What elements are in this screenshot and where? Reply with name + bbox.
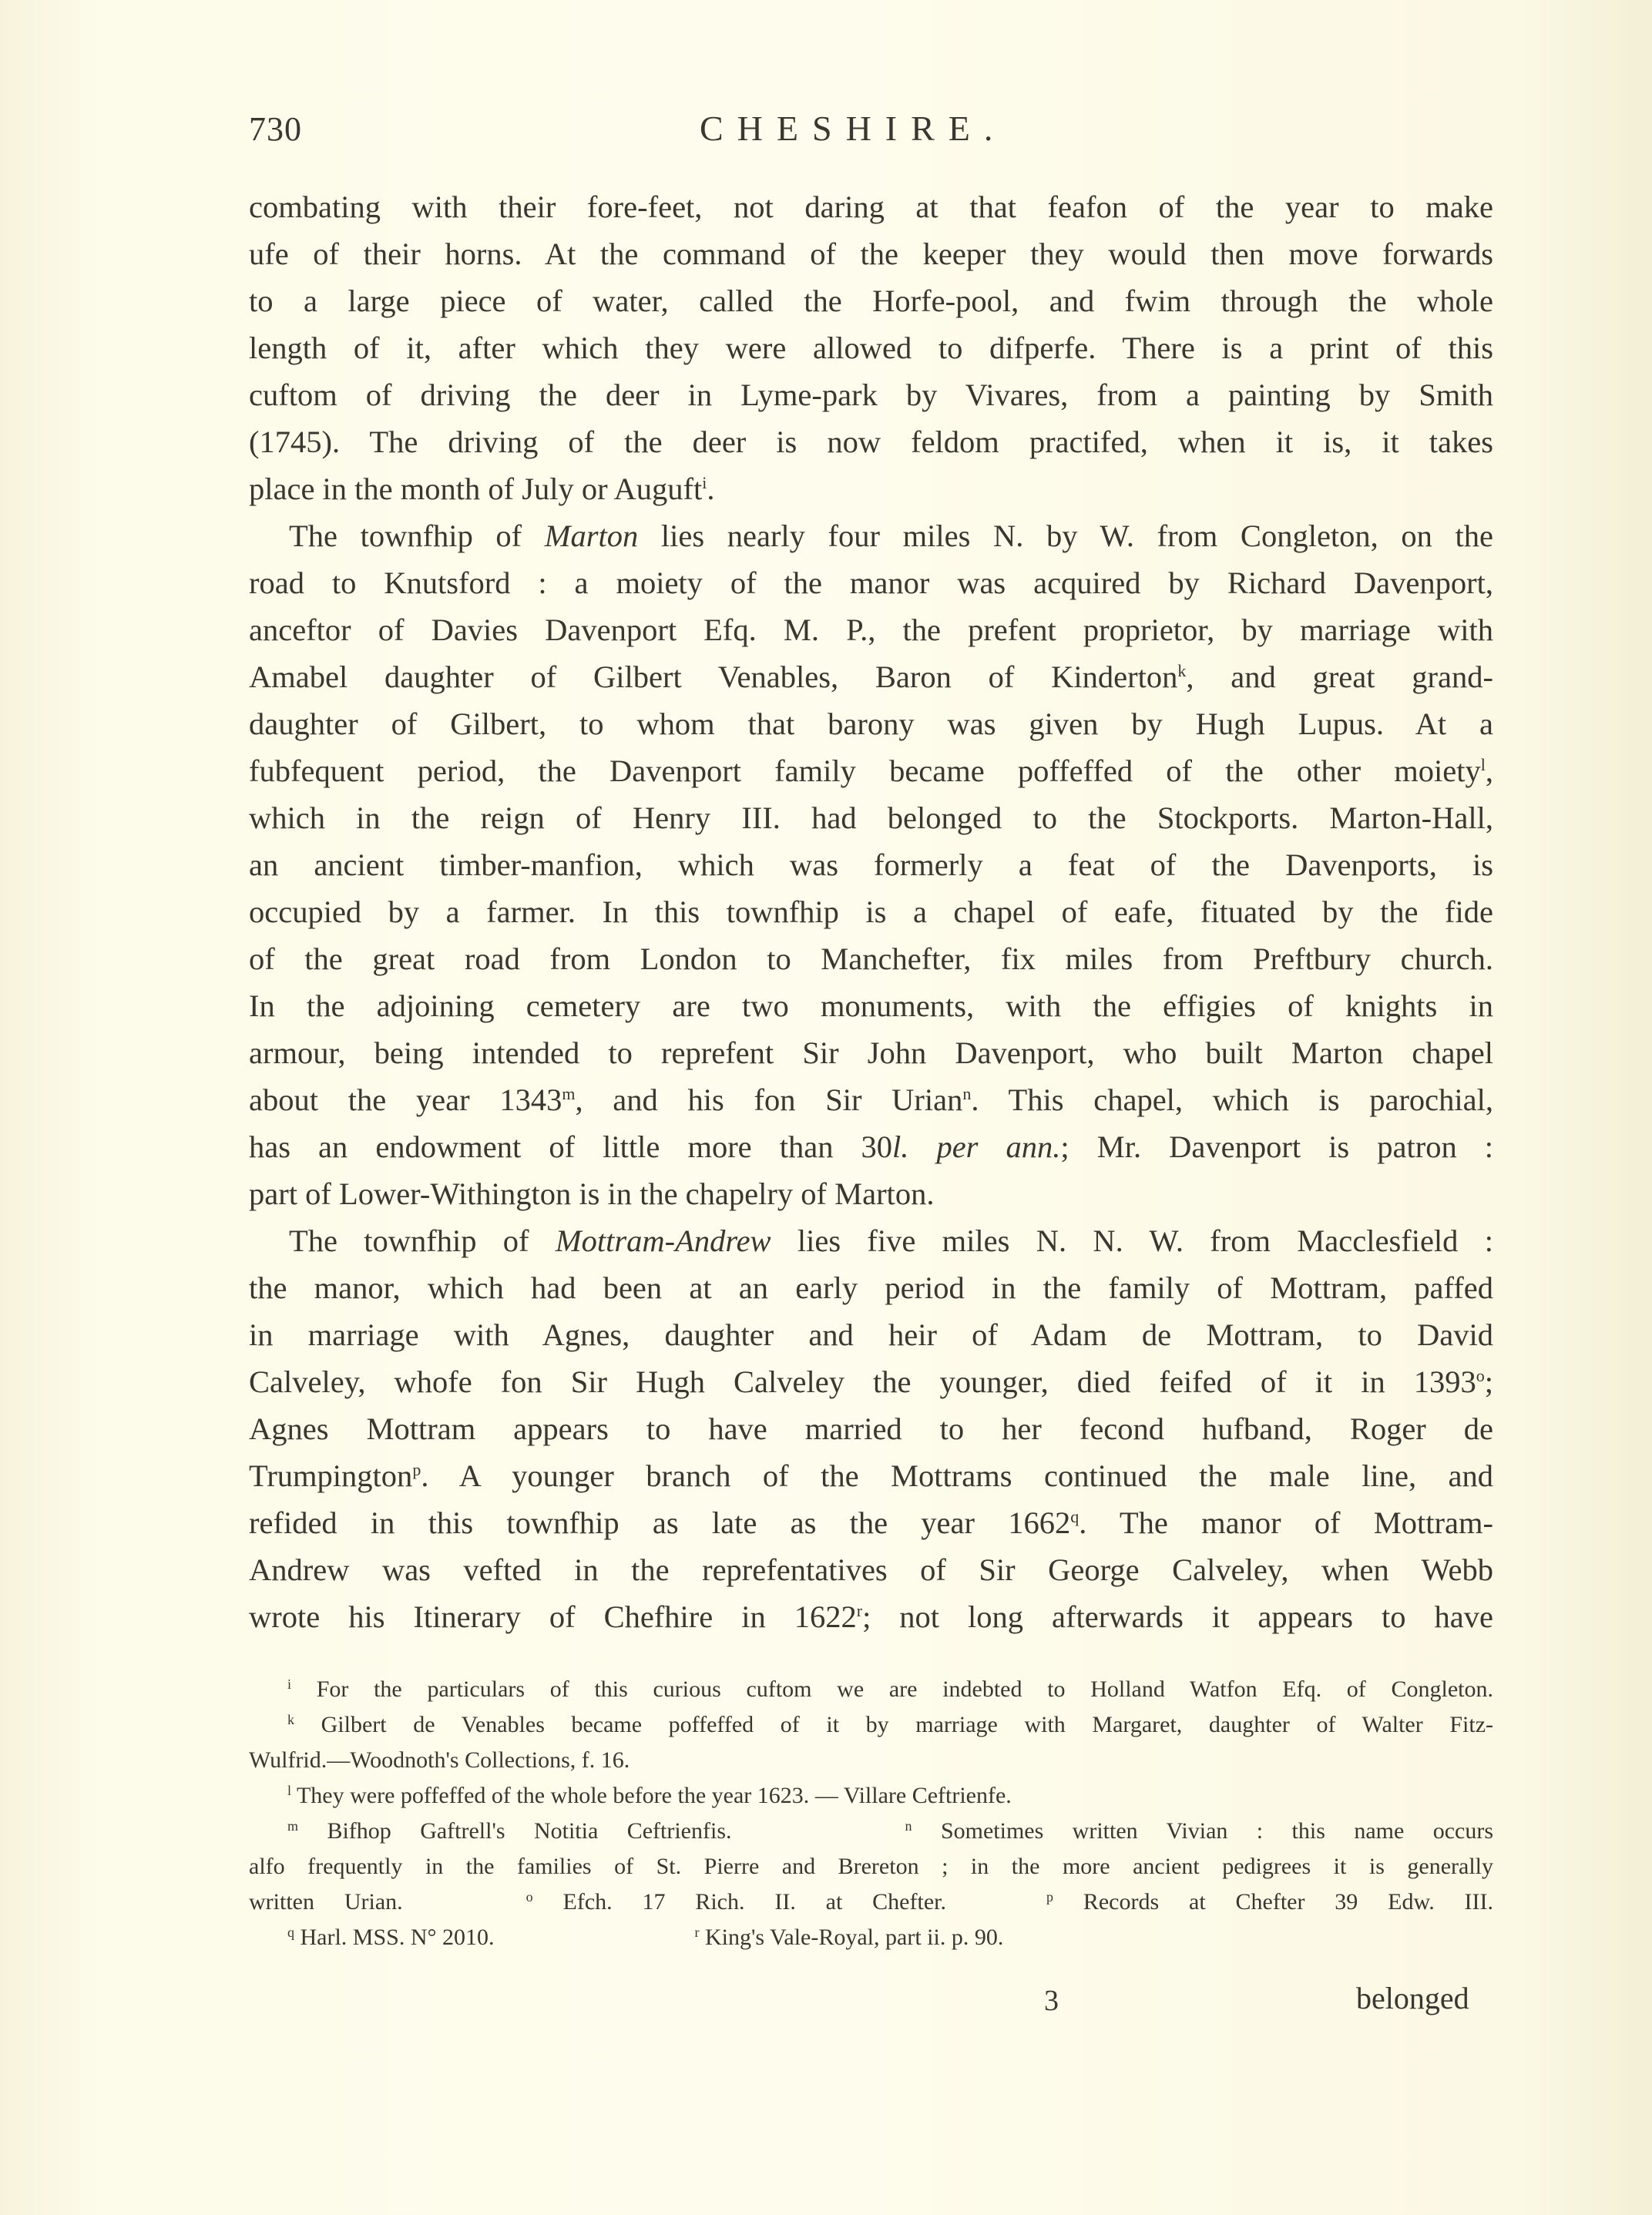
footnote-text: They were poffeffed of the whole before …	[297, 1783, 1012, 1808]
text-line: armour, being intended to reprefent Sir …	[249, 1029, 1493, 1076]
text-line: wrote his Itinerary of Chefhire in 1622r…	[249, 1593, 1493, 1640]
text-run: wrote his Itinerary of Chefhire in 1622	[249, 1599, 857, 1634]
text-line: Calveley, whofe fon Sir Hugh Calveley th…	[249, 1358, 1493, 1405]
text-line: length of it, after which they were allo…	[249, 324, 1493, 371]
footnote-text: King's Vale-Royal, part ii. p. 90.	[705, 1925, 1003, 1950]
footnote-text: Gilbert de Venables became poffeffed of …	[321, 1712, 1493, 1737]
footnote-text: Sometimes written Vivian : this name occ…	[941, 1818, 1493, 1844]
text-run: fubfequent period, the Davenport family …	[249, 753, 1481, 788]
footnote-ref-m[interactable]: m	[562, 1084, 575, 1103]
text-line: cuftom of driving the deer in Lyme-park …	[249, 371, 1493, 418]
footnote-ref-o[interactable]: o	[1476, 1366, 1485, 1385]
text-line: Amabel daughter of Gilbert Venables, Bar…	[249, 653, 1493, 700]
footnote-marker: p	[1046, 1889, 1053, 1905]
text-line: in marriage with Agnes, daughter and hei…	[249, 1311, 1493, 1358]
text-run: . This chapel, which is parochial,	[971, 1082, 1493, 1117]
text-run: .	[707, 472, 714, 506]
footnote-text: Bifhop Gaftrell's Notitia Ceftrienfis.	[327, 1818, 731, 1844]
text-run: ; Mr. Davenport is patron :	[1060, 1129, 1493, 1164]
text-line: part of Lower-Withington is in the chape…	[249, 1170, 1493, 1217]
footnote-text: Harl. MSS. N° 2010.	[301, 1925, 495, 1950]
text-line: Agnes Mottram appears to have married to…	[249, 1405, 1493, 1452]
paragraph-start-marton: The townfhip of Marton lies nearly four …	[249, 512, 1493, 559]
text-line: the manor, which had been at an early pe…	[249, 1264, 1493, 1311]
footnote-p: p Records at Chefter 39 Edw. III.	[1046, 1889, 1493, 1915]
footnote-q: q Harl. MSS. N° 2010.	[287, 1925, 495, 1950]
text-run: Amabel daughter of Gilbert Venables, Bar…	[249, 659, 1177, 694]
text-line: about the year 1343m, and his fon Sir Ur…	[249, 1076, 1493, 1123]
footnote-n-o-p: written Urian.o Efch. 17 Rich. II. at Ch…	[249, 1884, 1493, 1920]
text-line: Andrew was vefted in the reprefentatives…	[249, 1546, 1493, 1593]
footnote-q-r: q Harl. MSS. N° 2010.r King's Vale-Royal…	[249, 1920, 1493, 1955]
footnote-r: r King's Vale-Royal, part ii. p. 90.	[695, 1925, 1004, 1950]
text-line: combating with their fore-feet, not dari…	[249, 183, 1493, 230]
footnote-m-n: m Bifhop Gaftrell's Notitia Ceftrienfis.…	[249, 1814, 1493, 1849]
footnote-text: written Urian.	[249, 1889, 403, 1915]
text-run: ,	[1486, 753, 1493, 788]
catchword: belonged	[1356, 1980, 1469, 2016]
text-line: fubfequent period, the Davenport family …	[249, 747, 1493, 794]
paragraph-start-mottram: The townfhip of Mottram-Andrew lies five…	[249, 1217, 1493, 1264]
text-run: ; not long afterwards it appears to have	[862, 1599, 1493, 1634]
text-line: of the great road from London to Manchef…	[249, 935, 1493, 982]
footnote-marker: k	[287, 1712, 294, 1727]
place-name-mottram-andrew: Mottram-Andrew	[556, 1223, 771, 1258]
text-run: , and great grand-	[1186, 659, 1493, 694]
text-run: The townfhip of	[289, 519, 545, 553]
text-run: lies five miles N. N. W. from Macclesfie…	[771, 1223, 1493, 1258]
text-run: . A younger branch of the Mottrams conti…	[421, 1458, 1493, 1493]
footnote-n-continued: alfo frequently in the families of St. P…	[249, 1849, 1493, 1884]
footnote-marker: r	[695, 1925, 700, 1940]
text-run: lies nearly four miles N. by W. from Con…	[638, 519, 1493, 553]
footnote-ref-r[interactable]: r	[857, 1601, 862, 1620]
text-line: (1745). The driving of the deer is now f…	[249, 418, 1493, 465]
footnote-ref-q[interactable]: q	[1070, 1507, 1079, 1526]
text-run: refided in this townfhip as late as the …	[249, 1505, 1070, 1540]
footnote-k: k Gilbert de Venables became poffeffed o…	[249, 1707, 1493, 1743]
footnote-marker: i	[287, 1676, 291, 1692]
text-run: Calveley, whofe fon Sir Hugh Calveley th…	[249, 1364, 1476, 1399]
footnote-marker: m	[287, 1818, 298, 1834]
signature-mark: 3	[1044, 1984, 1059, 2018]
text-line: daughter of Gilbert, to whom that barony…	[249, 700, 1493, 747]
text-run: place in the month of July or Auguft	[249, 472, 702, 506]
text-line: has an endowment of little more than 30l…	[249, 1123, 1493, 1170]
text-run: ;	[1485, 1364, 1493, 1399]
place-name-marton: Marton	[545, 519, 639, 553]
text-run: has an endowment of little more than 30	[249, 1129, 892, 1164]
footnote-text: Records at Chefter 39 Edw. III.	[1083, 1889, 1493, 1915]
page-header: 730 CHESHIRE.	[249, 108, 1493, 154]
text-line: refided in this townfhip as late as the …	[249, 1499, 1493, 1546]
text-line: which in the reign of Henry III. had bel…	[249, 794, 1493, 841]
footnote-n: n Sometimes written Vivian : this name o…	[905, 1818, 1494, 1844]
footnote-k-continued: Wulfrid.—Woodnoth's Collections, f. 16.	[249, 1743, 1493, 1778]
footnote-marker: l	[287, 1783, 291, 1798]
footnote-ref-p[interactable]: p	[412, 1460, 421, 1479]
footnotes: i For the particulars of this curious cu…	[249, 1672, 1493, 1955]
text-run: Trumpington	[249, 1458, 412, 1493]
text-line: place in the month of July or Augufti.	[249, 465, 1493, 512]
text-line: ufe of their horns. At the command of th…	[249, 230, 1493, 277]
text-line: occupied by a farmer. In this townfhip i…	[249, 888, 1493, 935]
footnote-ref-k[interactable]: k	[1177, 661, 1186, 680]
footnote-marker: q	[287, 1925, 294, 1940]
text-line: an ancient timber-manfion, which was for…	[249, 841, 1493, 888]
text-line: Trumpingtonp. A younger branch of the Mo…	[249, 1452, 1493, 1499]
footnote-o: o Efch. 17 Rich. II. at Chefter.	[526, 1889, 946, 1915]
text-run: about the year 1343	[249, 1082, 562, 1117]
currency-italic: l. per ann.	[892, 1129, 1060, 1164]
text-line: In the adjoining cemetery are two monume…	[249, 982, 1493, 1029]
text-line: anceftor of Davies Davenport Efq. M. P.,…	[249, 606, 1493, 653]
text-run: The townfhip of	[289, 1223, 556, 1258]
text-line: road to Knutsford : a moiety of the mano…	[249, 559, 1493, 606]
footnote-marker: o	[526, 1889, 533, 1905]
footnote-l: l They were poffeffed of the whole befor…	[249, 1778, 1493, 1814]
footnote-i: i For the particulars of this curious cu…	[249, 1672, 1493, 1707]
footnote-m: m Bifhop Gaftrell's Notitia Ceftrienfis.	[287, 1818, 732, 1844]
footnote-text: For the particulars of this curious cuft…	[317, 1676, 1493, 1702]
footnote-ref-n[interactable]: n	[962, 1084, 971, 1103]
text-run: , and his fon Sir Urian	[575, 1082, 962, 1117]
footnote-marker: n	[905, 1818, 912, 1834]
text-run: . The manor of Mottram-	[1079, 1505, 1493, 1540]
main-text: combating with their fore-feet, not dari…	[249, 183, 1493, 1640]
footnote-text: Efch. 17 Rich. II. at Chefter.	[563, 1889, 946, 1915]
text-line: to a large piece of water, called the Ho…	[249, 277, 1493, 324]
page-number: 730	[249, 109, 302, 149]
running-title: CHESHIRE.	[700, 108, 1006, 149]
